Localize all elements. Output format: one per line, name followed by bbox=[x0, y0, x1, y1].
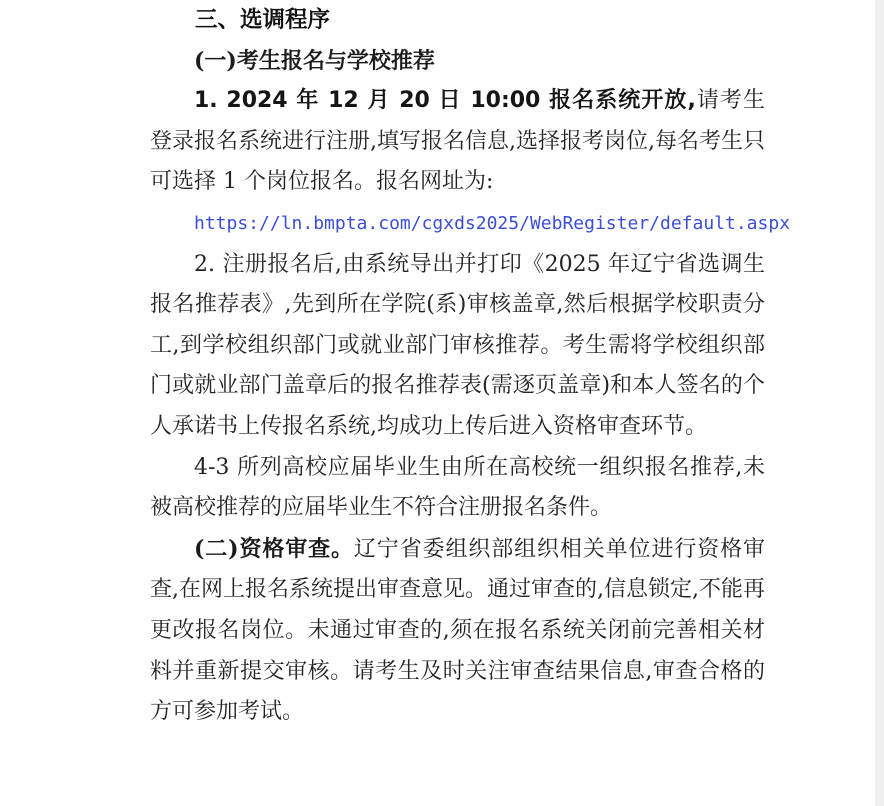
paragraph-university-recommendation-rule: 4-3 所列高校应届毕业生由所在高校统一组织报名推荐,未被高校推荐的应届毕业生不… bbox=[150, 448, 765, 529]
qualification-review-heading-bold: (二)资格审查。 bbox=[194, 536, 354, 562]
registration-url-link[interactable]: https://ln.bmpta.com/cgxds2025/WebRegist… bbox=[194, 213, 790, 234]
qualification-review-text: 辽宁省委组织部组织相关单位进行资格审查,在网上报名系统提出审查意见。通过审查的,… bbox=[150, 537, 765, 724]
registration-url-line: https://ln.bmpta.com/cgxds2025/WebRegist… bbox=[150, 203, 765, 245]
paragraph-registration-open: 1. 2024 年 12 月 20 日 10:00 报名系统开放,请考生登录报名… bbox=[150, 81, 765, 203]
paragraph-qualification-review: (二)资格审查。辽宁省委组织部组织相关单位进行资格审查,在网上报名系统提出审查意… bbox=[150, 529, 765, 733]
document-page: 三、选调程序 (一)考生报名与学校推荐 1. 2024 年 12 月 20 日 … bbox=[0, 0, 884, 806]
subsection-heading-registration: (一)考生报名与学校推荐 bbox=[150, 41, 765, 82]
document-body: 三、选调程序 (一)考生报名与学校推荐 1. 2024 年 12 月 20 日 … bbox=[150, 0, 765, 733]
section-heading: 三、选调程序 bbox=[150, 0, 765, 41]
right-edge-strip bbox=[875, 0, 884, 806]
paragraph-recommendation-process: 2. 注册报名后,由系统导出并打印《2025 年辽宁省选调生报名推荐表》,先到所… bbox=[150, 245, 765, 448]
registration-open-datetime-bold: 1. 2024 年 12 月 20 日 10:00 报名系统开放, bbox=[194, 88, 696, 113]
